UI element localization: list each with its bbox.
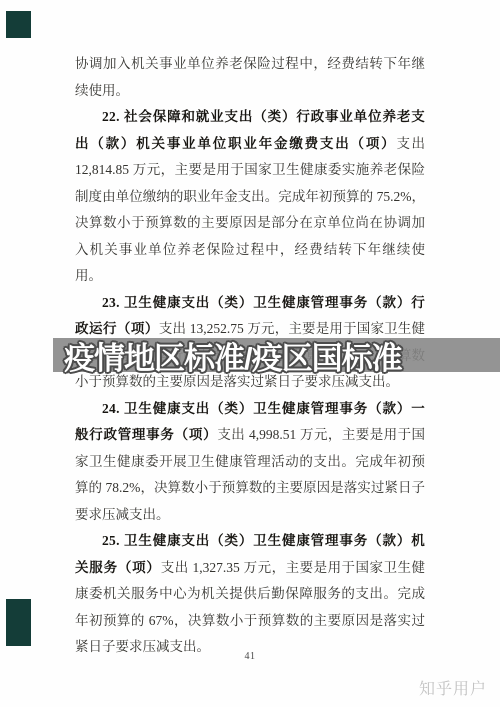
paragraph-22-body: 支出 12,814.85 万元，主要是用于国家卫生健康委实施养老保险制度由单位缴… — [75, 136, 425, 284]
watermark-band: 疫情地区标准/疫区国标准 — [53, 338, 500, 372]
zhihu-user-watermark: 知乎用户 — [419, 676, 487, 699]
paragraph-22-heading: 22. 社会保障和就业支出（类）行政事业单位养老支出（款）机关事业单位职业年金缴… — [75, 109, 425, 151]
budget-paragraph-25: 25. 卫生健康支出（类）卫生健康管理事务（款）机关服务（项）支出 1,327.… — [75, 528, 425, 661]
corner-mark-top-icon — [6, 11, 31, 38]
paragraph-continuation: 协调加入机关事业单位养老保险过程中，经费结转下年继续使用。 — [75, 51, 425, 104]
document-page: 协调加入机关事业单位养老保险过程中，经费结转下年继续使用。 22. 社会保障和就… — [0, 0, 500, 707]
budget-paragraph-22: 22. 社会保障和就业支出（类）行政事业单位养老支出（款）机关事业单位职业年金缴… — [75, 104, 425, 290]
watermark-text: 疫情地区标准/疫区国标准 — [64, 333, 402, 378]
corner-mark-bottom-icon — [6, 599, 31, 646]
budget-paragraph-24: 24. 卫生健康支出（类）卫生健康管理事务（款）一般行政管理事务（项）支出 4,… — [75, 396, 425, 529]
